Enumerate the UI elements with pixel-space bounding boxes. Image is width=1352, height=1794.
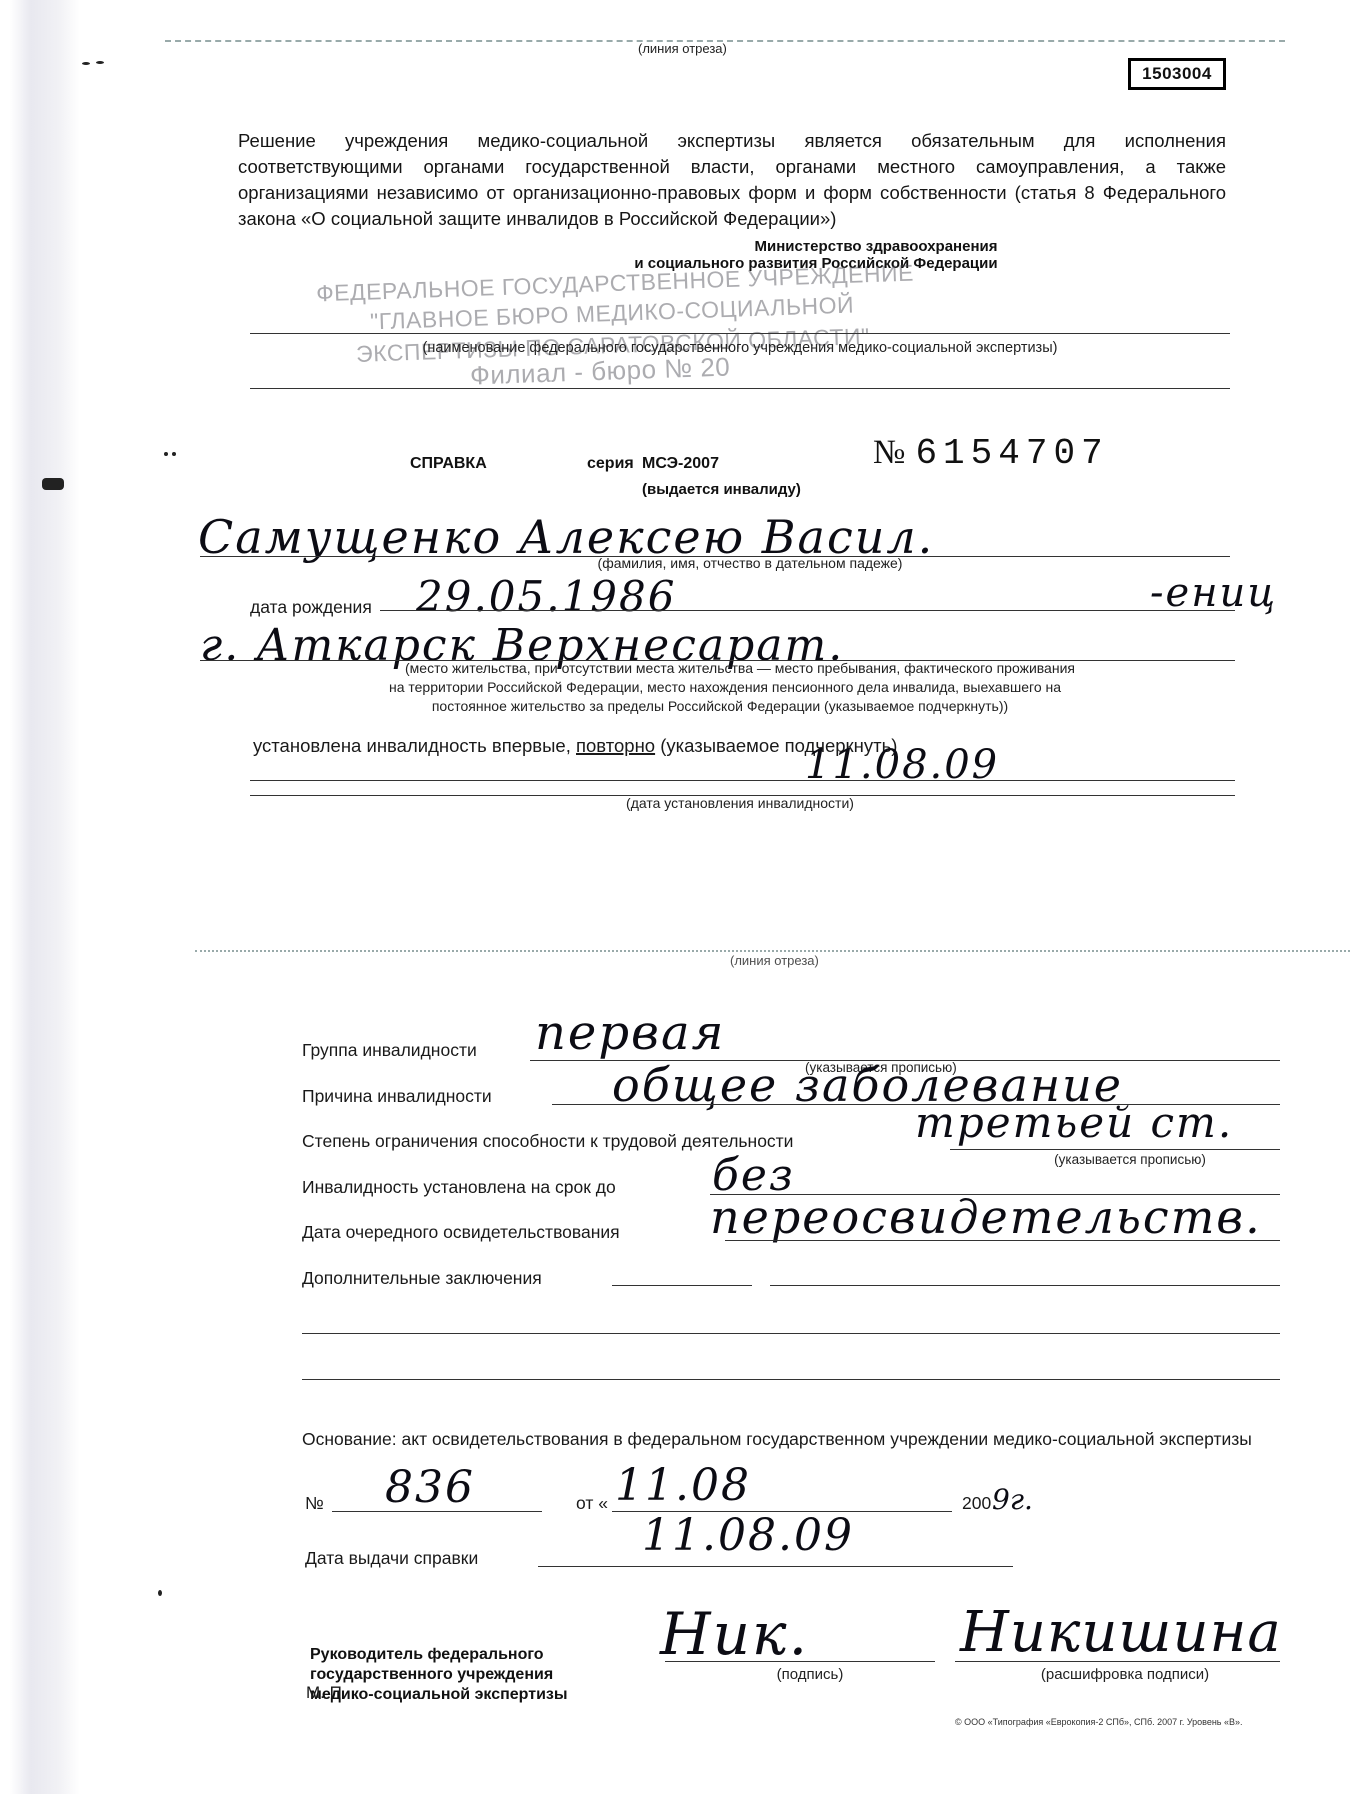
scan-speck bbox=[42, 478, 64, 490]
institution-caption: (наименование федерального государственн… bbox=[250, 340, 1230, 356]
decoding-caption: (расшифровка подписи) bbox=[1000, 1666, 1250, 1683]
address-caption-2: на территории Российской Федерации, мест… bbox=[240, 679, 1210, 695]
issue-date-line bbox=[538, 1566, 1013, 1567]
act-number-line bbox=[332, 1511, 542, 1512]
address-caption-3: постоянное жительство за пределы Российс… bbox=[270, 698, 1170, 714]
series-label: серия bbox=[587, 455, 634, 473]
scan-speck bbox=[158, 1590, 162, 1596]
act-number-label: № bbox=[305, 1493, 324, 1514]
head-line-1: Руководитель федерального bbox=[310, 1645, 568, 1665]
institution-line-2 bbox=[250, 388, 1230, 389]
cut-line-label-top: (линия отреза) bbox=[638, 41, 727, 56]
act-from-label: от « bbox=[576, 1493, 608, 1514]
signature-handwritten: Ник. bbox=[660, 1600, 809, 1668]
act-from-value: 11.08 bbox=[615, 1460, 751, 1511]
head-line-3: медико-социальной экспертизы bbox=[310, 1685, 568, 1705]
dob-line bbox=[380, 610, 1235, 611]
institution-line bbox=[250, 333, 1230, 334]
group-label: Группа инвалидности bbox=[302, 1040, 477, 1061]
ministry-line-1: Министерство здравоохранения bbox=[200, 238, 1352, 255]
dob-handwritten: 29.05.1986 bbox=[416, 572, 676, 621]
address-caption-1: (место жительства, при отсутствии места … bbox=[280, 660, 1200, 676]
printer-copyright: © ООО «Типография «Еврокопия-2 СПб», СПб… bbox=[955, 1717, 1243, 1727]
legal-notice: Решение учреждения медико-социальной экс… bbox=[238, 128, 1226, 232]
group-value: первая bbox=[535, 1005, 725, 1061]
form-code-box: 1503004 bbox=[1128, 58, 1226, 90]
head-title: Руководитель федерального государственно… bbox=[310, 1645, 568, 1705]
extra-line-3 bbox=[302, 1379, 1280, 1380]
head-line-2: государственного учреждения bbox=[310, 1665, 568, 1685]
signature-caption: (подпись) bbox=[735, 1666, 885, 1683]
next-exam-line bbox=[725, 1240, 1280, 1241]
full-name-caption: (фамилия, имя, отчество в дательном паде… bbox=[520, 555, 980, 571]
seal-label: М. П. bbox=[306, 1683, 347, 1703]
act-year-value: 9г. bbox=[992, 1483, 1033, 1516]
scan-speck bbox=[172, 452, 176, 456]
next-exam-value: переосвидетельств. bbox=[710, 1190, 1262, 1244]
disability-established: установлена инвалидность впервые, повтор… bbox=[253, 735, 897, 757]
extra-line-a bbox=[612, 1285, 752, 1286]
issue-date-value: 11.08.09 bbox=[642, 1510, 854, 1561]
certificate-number: №6154707 bbox=[873, 433, 1109, 474]
established-selected: повторно bbox=[576, 735, 655, 756]
established-date-line bbox=[250, 780, 1235, 781]
number-sign: № bbox=[873, 434, 905, 471]
signature-line bbox=[665, 1661, 935, 1662]
established-prefix: установлена инвалидность впервые, bbox=[253, 735, 576, 756]
work-limit-label: Степень ограничения способности к трудов… bbox=[302, 1131, 793, 1152]
issued-to-caption: (выдается инвалиду) bbox=[642, 481, 801, 498]
act-number-value: 836 bbox=[385, 1462, 475, 1513]
act-year-prefix: 200 bbox=[962, 1493, 991, 1514]
number-value: 6154707 bbox=[915, 433, 1108, 474]
issue-date-label: Дата выдачи справки bbox=[305, 1548, 478, 1569]
next-exam-label: Дата очередного освидетельствования bbox=[302, 1222, 620, 1243]
scan-speck bbox=[96, 61, 104, 64]
cut-line-middle bbox=[195, 950, 1350, 952]
extra-label: Дополнительные заключения bbox=[302, 1268, 542, 1289]
cut-line-label-middle: (линия отреза) bbox=[730, 953, 819, 968]
established-date-handwritten: 11.08.09 bbox=[805, 742, 999, 788]
scan-shadow-edge bbox=[10, 0, 80, 1794]
series-value: МСЭ-2007 bbox=[642, 455, 719, 473]
decoding-line bbox=[955, 1661, 1280, 1662]
scan-speck bbox=[82, 62, 90, 65]
extra-line-b bbox=[770, 1285, 1280, 1286]
established-date-caption: (дата установления инвалидности) bbox=[560, 795, 920, 811]
cause-label: Причина инвалидности bbox=[302, 1086, 492, 1107]
work-limit-line bbox=[950, 1149, 1280, 1150]
work-limit-caption: (указывается прописью) bbox=[1005, 1152, 1255, 1167]
basis-text: Основание: акт освидетельствования в фед… bbox=[302, 1428, 1272, 1451]
decoding-handwritten: Никишина bbox=[960, 1600, 1282, 1665]
dob-label: дата рождения bbox=[250, 597, 372, 618]
scan-speck bbox=[164, 452, 168, 456]
term-label: Инвалидность установлена на срок до bbox=[302, 1177, 616, 1198]
extra-line-2 bbox=[302, 1333, 1280, 1334]
document-title: СПРАВКА bbox=[410, 455, 487, 473]
work-limit-value: третьей ст. bbox=[915, 1098, 1233, 1147]
